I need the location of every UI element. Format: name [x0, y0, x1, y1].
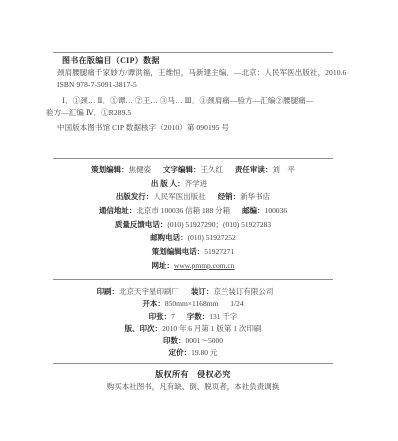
field-mailing-address: 通信地址：北京市 100036 信箱 188 分箱 — [99, 204, 230, 218]
field-value: 京兰装订有限公司 — [213, 287, 273, 296]
cip-heading: 图书在版编目（CIP）数据 — [62, 55, 352, 67]
row-planning-phone: 策划编辑电话：51927271 — [46, 245, 340, 259]
row-format: 开本：850mm×1168mm 1/24 — [46, 298, 340, 310]
cip-record-line: 颈肩腰腿痛千家妙方/谭洪福，王维恒，马新建主编．—北京：人民军医出版社，2010… — [57, 67, 352, 79]
field-label: 定价： — [169, 348, 192, 357]
divider-after-cip — [53, 158, 333, 159]
field-text-editor: 文字编辑：王久红 — [163, 163, 223, 177]
field-planning-phone: 策划编辑电话：51927271 — [152, 245, 235, 259]
field-label: 邮购电话： — [150, 233, 188, 242]
field-value: 北京市 100036 信箱 188 分箱 — [136, 206, 230, 215]
field-label: 版、印次： — [125, 324, 163, 333]
field-binder: 装订：京兰装订有限公司 — [191, 286, 274, 298]
field-print-run: 印数：0001～5000 — [163, 335, 223, 347]
field-mail-order-phone: 邮购电话：(010) 51927252 — [150, 231, 236, 245]
field-reviewer: 责任审读：刘 平 — [235, 163, 295, 177]
field-label: 文字编辑： — [163, 165, 201, 174]
field-value: 1/24 — [230, 299, 243, 308]
row-address: 通信地址：北京市 100036 信箱 188 分箱 邮编：100036 — [46, 204, 340, 218]
field-label: 责任审读： — [235, 165, 273, 174]
field-printed-sheets: 印张：7 — [149, 311, 175, 323]
field-value: 131 千字 — [209, 312, 237, 321]
row-print-run: 印数：0001～5000 — [46, 335, 340, 347]
field-publisher-person: 出 版 人：齐学进 — [151, 177, 207, 191]
field-label: 开本： — [142, 299, 165, 308]
book-copyright-page: 图书在版编目（CIP）数据 颈肩腰腿痛千家妙方/谭洪福，王维恒，马新建主编．—北… — [0, 0, 398, 441]
divider-after-printing — [53, 363, 333, 364]
field-value: 焦健姿 — [129, 165, 152, 174]
row-price: 定价：19.80 元 — [46, 347, 340, 359]
divider-after-publishing — [53, 279, 333, 280]
row-website: 网址：www.pmmp.com.cn — [46, 259, 340, 273]
cip-isbn-line: ISBN 978-7-5091-3817-5 — [57, 79, 352, 91]
field-label: 网址： — [151, 261, 174, 270]
field-value: (010) 51927252 — [188, 233, 236, 242]
field-label: 经销： — [218, 192, 241, 201]
field-label: 策划编辑： — [91, 165, 129, 174]
field-label: 通信地址： — [99, 206, 137, 215]
cip-classification-line-1: Ⅰ．①颈… Ⅱ．①谭… ②王… ③马… Ⅲ．①颈肩痛—验方—汇编②腰腿痛— — [62, 95, 352, 107]
field-value: 2010 年 6 月第 1 版第 1 次印刷 — [162, 324, 261, 333]
publishing-section: 策划编辑：焦健姿 文字编辑：王久红 责任审读：刘 平 出 版 人：齐学进 出版发… — [46, 163, 340, 273]
row-edition: 版、印次：2010 年 6 月第 1 版第 1 次印刷 — [46, 323, 340, 335]
field-value: 新华书店 — [240, 192, 270, 201]
field-value: 7 — [171, 312, 175, 321]
field-value: 51927271 — [204, 247, 234, 256]
field-label: 印刷： — [97, 287, 120, 296]
field-planning-editor: 策划编辑：焦健姿 — [91, 163, 151, 177]
field-label: 出 版 人： — [151, 179, 185, 188]
field-issuer: 出版发行：人民军医出版社 — [116, 190, 206, 204]
field-value: 齐学进 — [185, 179, 208, 188]
field-word-count: 字数：131 千字 — [187, 311, 238, 323]
printing-section: 印刷：北京天宇星印刷厂 装订：京兰装订有限公司 开本：850mm×1168mm … — [46, 286, 340, 360]
field-format: 开本：850mm×1168mm — [142, 298, 218, 310]
field-label: 装订： — [191, 287, 214, 296]
row-sheets: 印张：7 字数：131 千字 — [46, 311, 340, 323]
cip-classification-line-2: 验方—汇编 Ⅳ．①R289.5 — [46, 107, 352, 119]
field-value: 19.80 元 — [191, 348, 217, 357]
row-issuer: 出版发行：人民军医出版社 经销：新华书店 — [46, 190, 340, 204]
row-printer: 印刷：北京天宇星印刷厂 装订：京兰装订有限公司 — [46, 286, 340, 298]
field-feedback-phone: 质量反馈电话：(010) 51927290；(010) 51927283 — [115, 218, 271, 232]
row-publisher: 出 版 人：齐学进 — [46, 177, 340, 191]
cip-section: 图书在版编目（CIP）数据 颈肩腰腿痛千家妙方/谭洪福，王维恒，马新建主编．—北… — [46, 55, 352, 134]
field-label: 质量反馈电话： — [115, 220, 168, 229]
field-distributor: 经销：新华书店 — [218, 190, 271, 204]
row-editors: 策划编辑：焦健姿 文字编辑：王久红 责任审读：刘 平 — [46, 163, 340, 177]
row-feedback-phone: 质量反馈电话：(010) 51927290；(010) 51927283 — [46, 218, 340, 232]
copyright-section: 版权所有 侵权必究 购买本社图书，凡有缺、倒、脱页者，本社负责调换 — [46, 369, 340, 393]
field-folio: 1/24 — [230, 298, 243, 310]
field-value: (010) 51927290；(010) 51927283 — [167, 220, 271, 229]
field-postcode: 邮编：100036 — [242, 204, 287, 218]
field-value: 0001～5000 — [186, 336, 224, 345]
field-website: 网址：www.pmmp.com.cn — [151, 259, 234, 273]
divider-top — [53, 52, 333, 53]
field-label: 字数： — [187, 312, 210, 321]
field-value: 850mm×1168mm — [165, 299, 219, 308]
cip-number-line: 中国版本图书馆 CIP 数据核字（2010）第 090195 号 — [57, 122, 352, 134]
field-price: 定价：19.80 元 — [169, 347, 218, 359]
website-url: www.pmmp.com.cn — [174, 261, 235, 270]
field-label: 策划编辑电话： — [152, 247, 205, 256]
field-value: 王久红 — [201, 165, 224, 174]
field-label: 印数： — [163, 336, 186, 345]
exchange-note: 购买本社图书，凡有缺、倒、脱页者，本社负责调换 — [46, 381, 340, 393]
field-value: 100036 — [265, 206, 288, 215]
field-label: 出版发行： — [116, 192, 154, 201]
row-mail-order-phone: 邮购电话：(010) 51927252 — [46, 231, 340, 245]
copyright-notice: 版权所有 侵权必究 — [46, 369, 340, 381]
field-value: 刘 平 — [272, 165, 295, 174]
field-value: 人民军医出版社 — [153, 192, 206, 201]
field-value: 北京天宇星印刷厂 — [119, 287, 179, 296]
field-printer: 印刷：北京天宇星印刷厂 — [97, 286, 180, 298]
field-label: 印张： — [149, 312, 172, 321]
field-label: 邮编： — [242, 206, 265, 215]
field-edition: 版、印次：2010 年 6 月第 1 版第 1 次印刷 — [125, 323, 262, 335]
